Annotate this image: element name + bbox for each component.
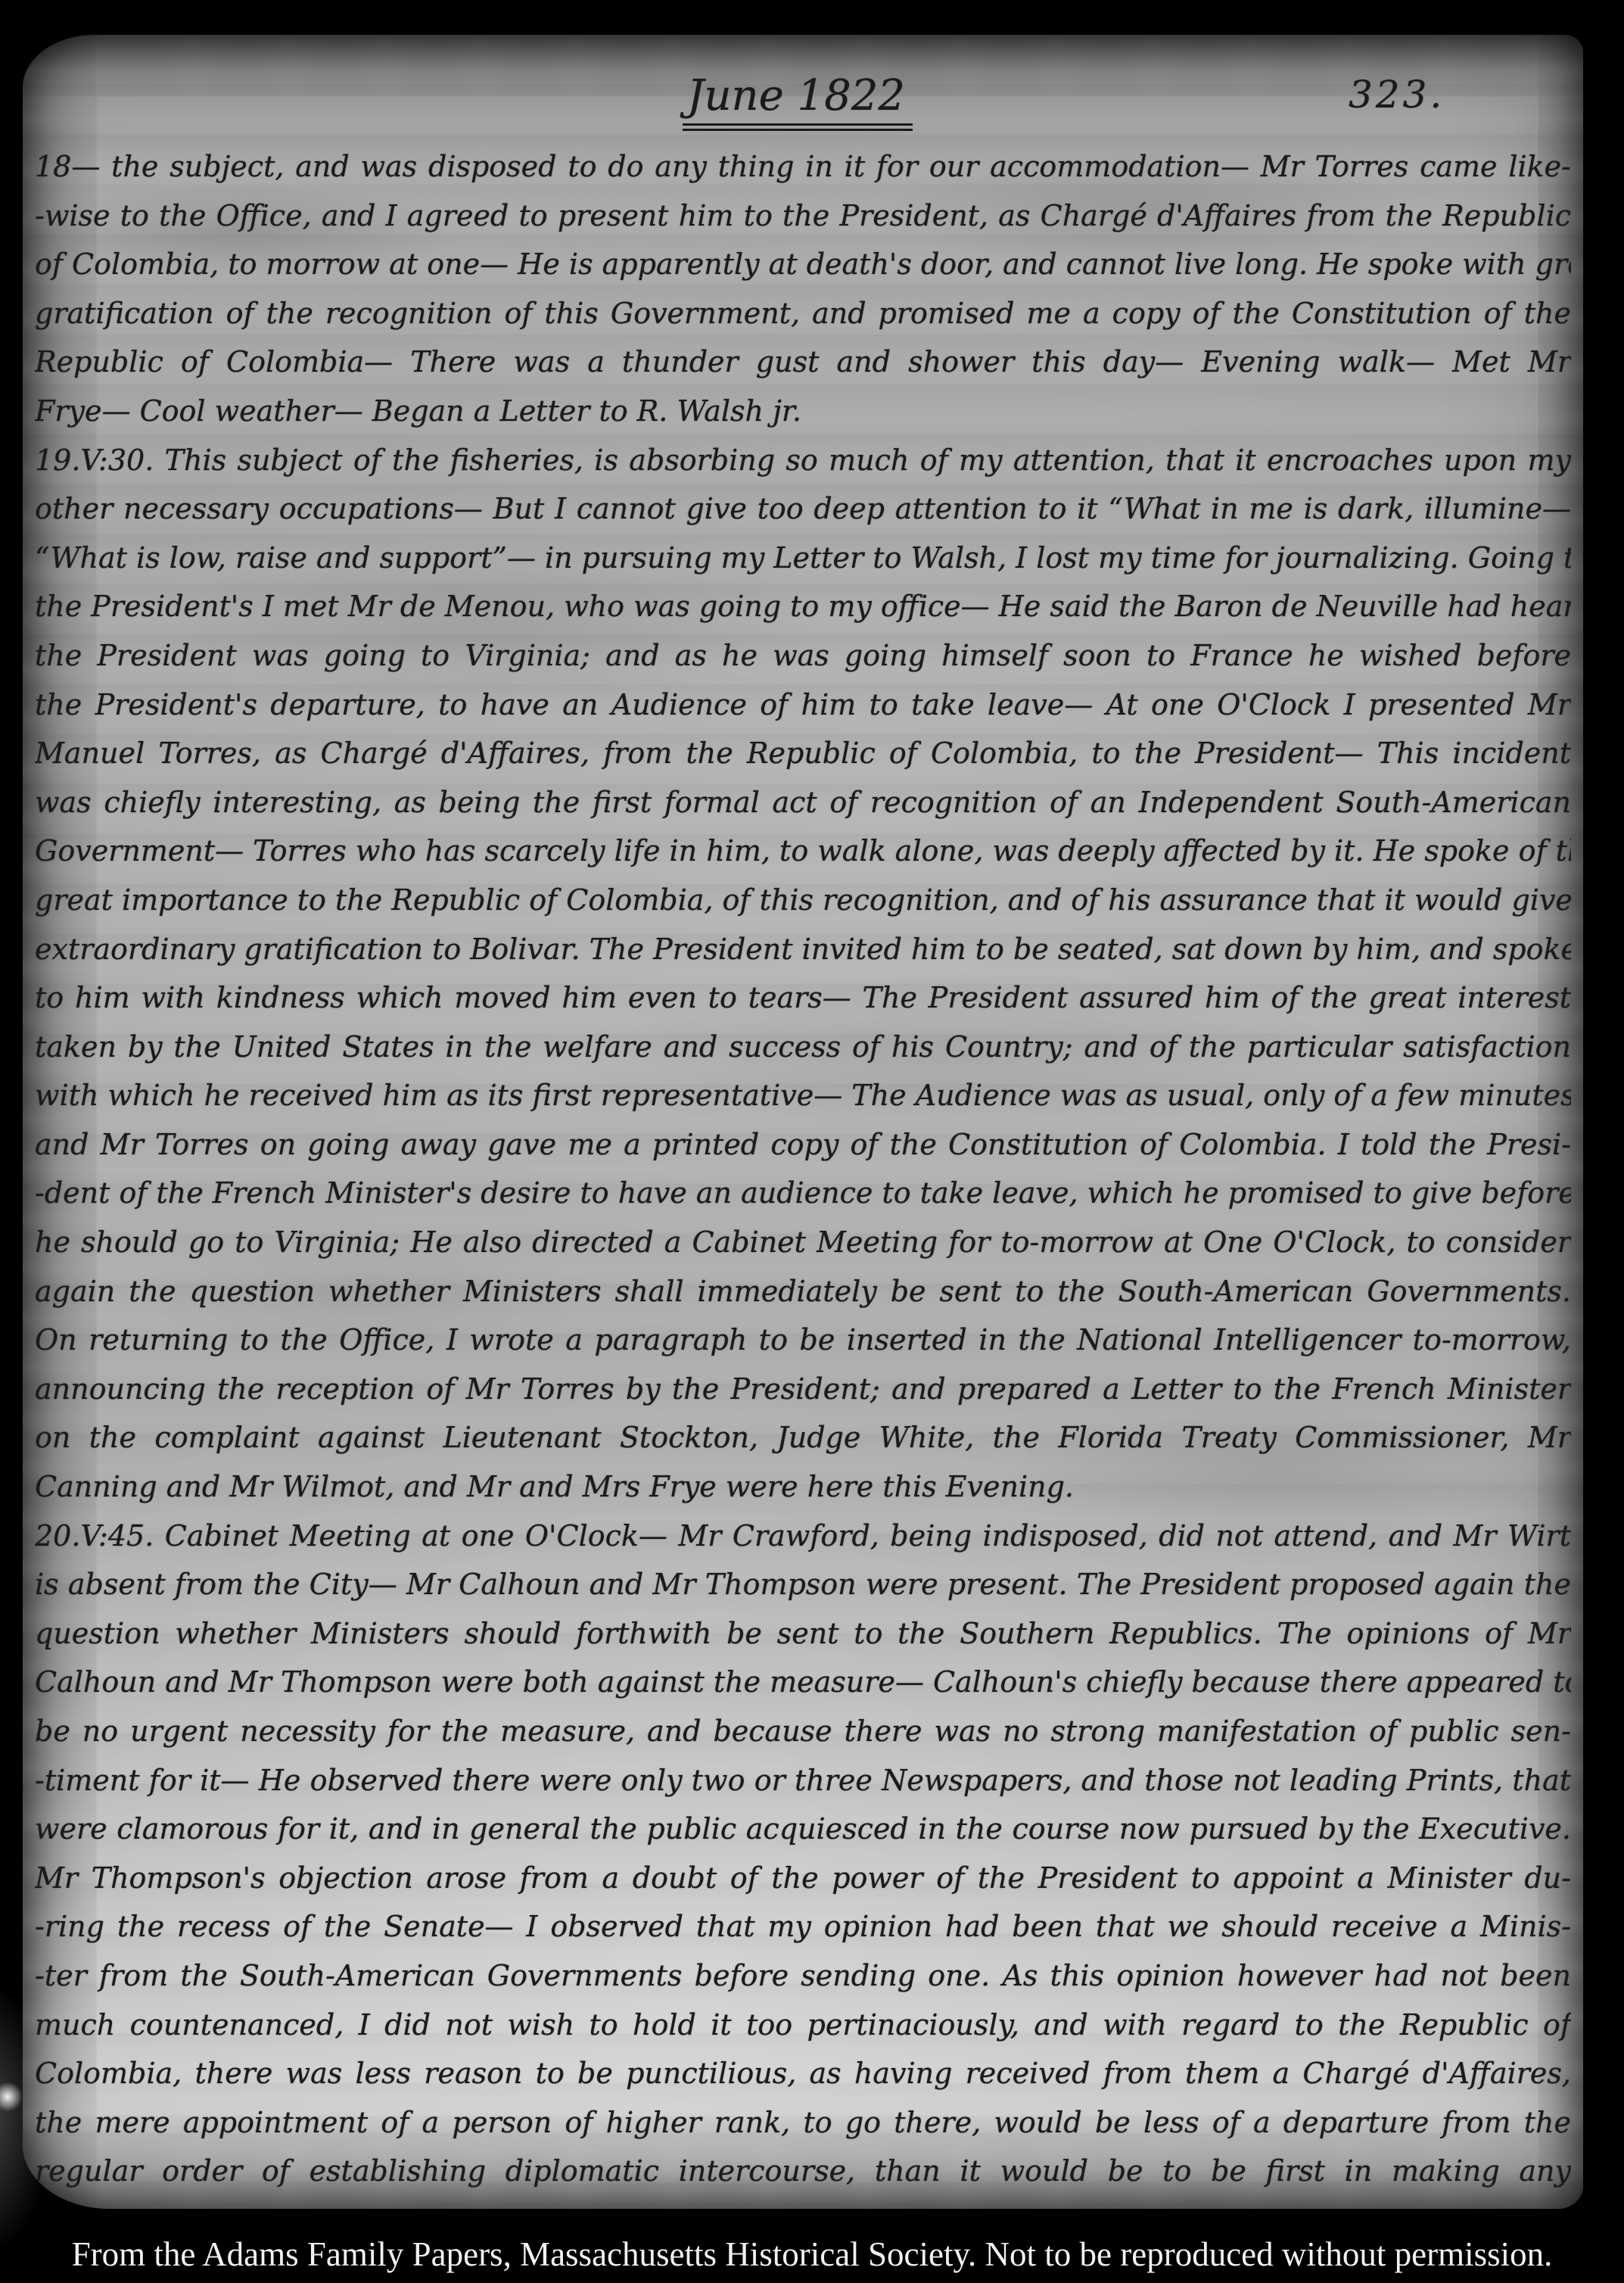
manuscript-line: great importance to the Republic of Colo… — [35, 876, 1571, 925]
manuscript-line: other necessary occupations— But I canno… — [35, 484, 1571, 534]
manuscript-line: -ring the recess of the Senate— I observ… — [35, 1902, 1571, 1951]
manuscript-line: of Colombia, to morrow at one— He is app… — [35, 240, 1571, 289]
archive-credit-line: From the Adams Family Papers, Massachuse… — [72, 2235, 1553, 2274]
month-year-heading: June 1822 — [683, 71, 913, 131]
diary-entries: 18— the subject, and was disposed to do … — [35, 142, 1571, 2196]
manuscript-line: extraordinary gratification to Bolivar. … — [35, 925, 1571, 974]
manuscript-line: he should go to Virginia; He also direct… — [35, 1218, 1571, 1267]
manuscript-line: is absent from the City— Mr Calhoun and … — [35, 1560, 1571, 1609]
manuscript-line: Mr Thompson's objection arose from a dou… — [35, 1854, 1571, 1903]
manuscript-line: Canning and Mr Wilmot, and Mr and Mrs Fr… — [35, 1462, 1571, 1512]
manuscript-line: Calhoun and Mr Thompson were both agains… — [35, 1658, 1571, 1707]
manuscript-line: On returning to the Office, I wrote a pa… — [35, 1316, 1571, 1365]
diary-entry: 20.V:45. Cabinet Meeting at one O'Clock—… — [35, 1512, 1571, 2196]
manuscript-line: announcing the reception of Mr Torres by… — [35, 1365, 1571, 1414]
manuscript-line: Republic of Colombia— There was a thunde… — [35, 338, 1571, 387]
diary-entry: 19.V:30. This subject of the fisheries, … — [35, 436, 1571, 1512]
manuscript-line: and Mr Torres on going away gave me a pr… — [35, 1120, 1571, 1170]
manuscript-line: 18— the subject, and was disposed to do … — [35, 142, 1571, 192]
manuscript-line: 20.V:45. Cabinet Meeting at one O'Clock—… — [35, 1512, 1571, 1561]
scanned-document-view: { "manuscript": { "heading": { "month_ye… — [0, 0, 1624, 2283]
manuscript-line: were clamorous for it, and in general th… — [35, 1805, 1571, 1854]
manuscript-line: again the question whether Ministers sha… — [35, 1267, 1571, 1316]
manuscript-line: be no urgent necessity for the measure, … — [35, 1707, 1571, 1756]
manuscript-line: to him with kindness which moved him eve… — [35, 973, 1571, 1023]
manuscript-line: was chiefly interesting, as being the fi… — [35, 778, 1571, 827]
manuscript-line: -timent for it— He observed there were o… — [35, 1756, 1571, 1805]
manuscript-line: question whether Ministers should forthw… — [35, 1609, 1571, 1659]
manuscript-line: on the complaint against Lieutenant Stoc… — [35, 1413, 1571, 1462]
manuscript-line: taken by the United States in the welfar… — [35, 1023, 1571, 1072]
manuscript-line: the President's departure, to have an Au… — [35, 681, 1571, 730]
manuscript-line: Colombia, there was less reason to be pu… — [35, 2049, 1571, 2098]
page-number: 323. — [1349, 73, 1445, 117]
manuscript-page-scan: June 1822 323. 18— the subject, and was … — [23, 35, 1583, 2209]
manuscript-line: the President's I met Mr de Menou, who w… — [35, 582, 1571, 631]
manuscript-line: -ter from the South-American Governments… — [35, 1951, 1571, 2001]
manuscript-line: “What is low, raise and support”— in pur… — [35, 534, 1571, 583]
manuscript-line: the mere appointment of a person of high… — [35, 2098, 1571, 2148]
manuscript-line: 19.V:30. This subject of the fisheries, … — [35, 436, 1571, 485]
diary-entry: 18— the subject, and was disposed to do … — [35, 142, 1571, 436]
manuscript-line: regular order of establishing diplomatic… — [35, 2147, 1571, 2196]
manuscript-line: with which he received him as its first … — [35, 1071, 1571, 1120]
manuscript-line: gratification of the recognition of this… — [35, 289, 1571, 338]
manuscript-line: Frye— Cool weather— Began a Letter to R.… — [35, 387, 1571, 436]
manuscript-line: -wise to the Office, and I agreed to pre… — [35, 192, 1571, 241]
credit-bar: From the Adams Family Papers, Massachuse… — [0, 2225, 1624, 2283]
manuscript-line: -dent of the French Minister's desire to… — [35, 1169, 1571, 1218]
manuscript-line: the President was going to Virginia; and… — [35, 631, 1571, 681]
manuscript-line: Government— Torres who has scarcely life… — [35, 827, 1571, 876]
manuscript-line: much countenanced, I did not wish to hol… — [35, 2001, 1571, 2050]
manuscript-line: Manuel Torres, as Chargé d'Affaires, fro… — [35, 729, 1571, 778]
